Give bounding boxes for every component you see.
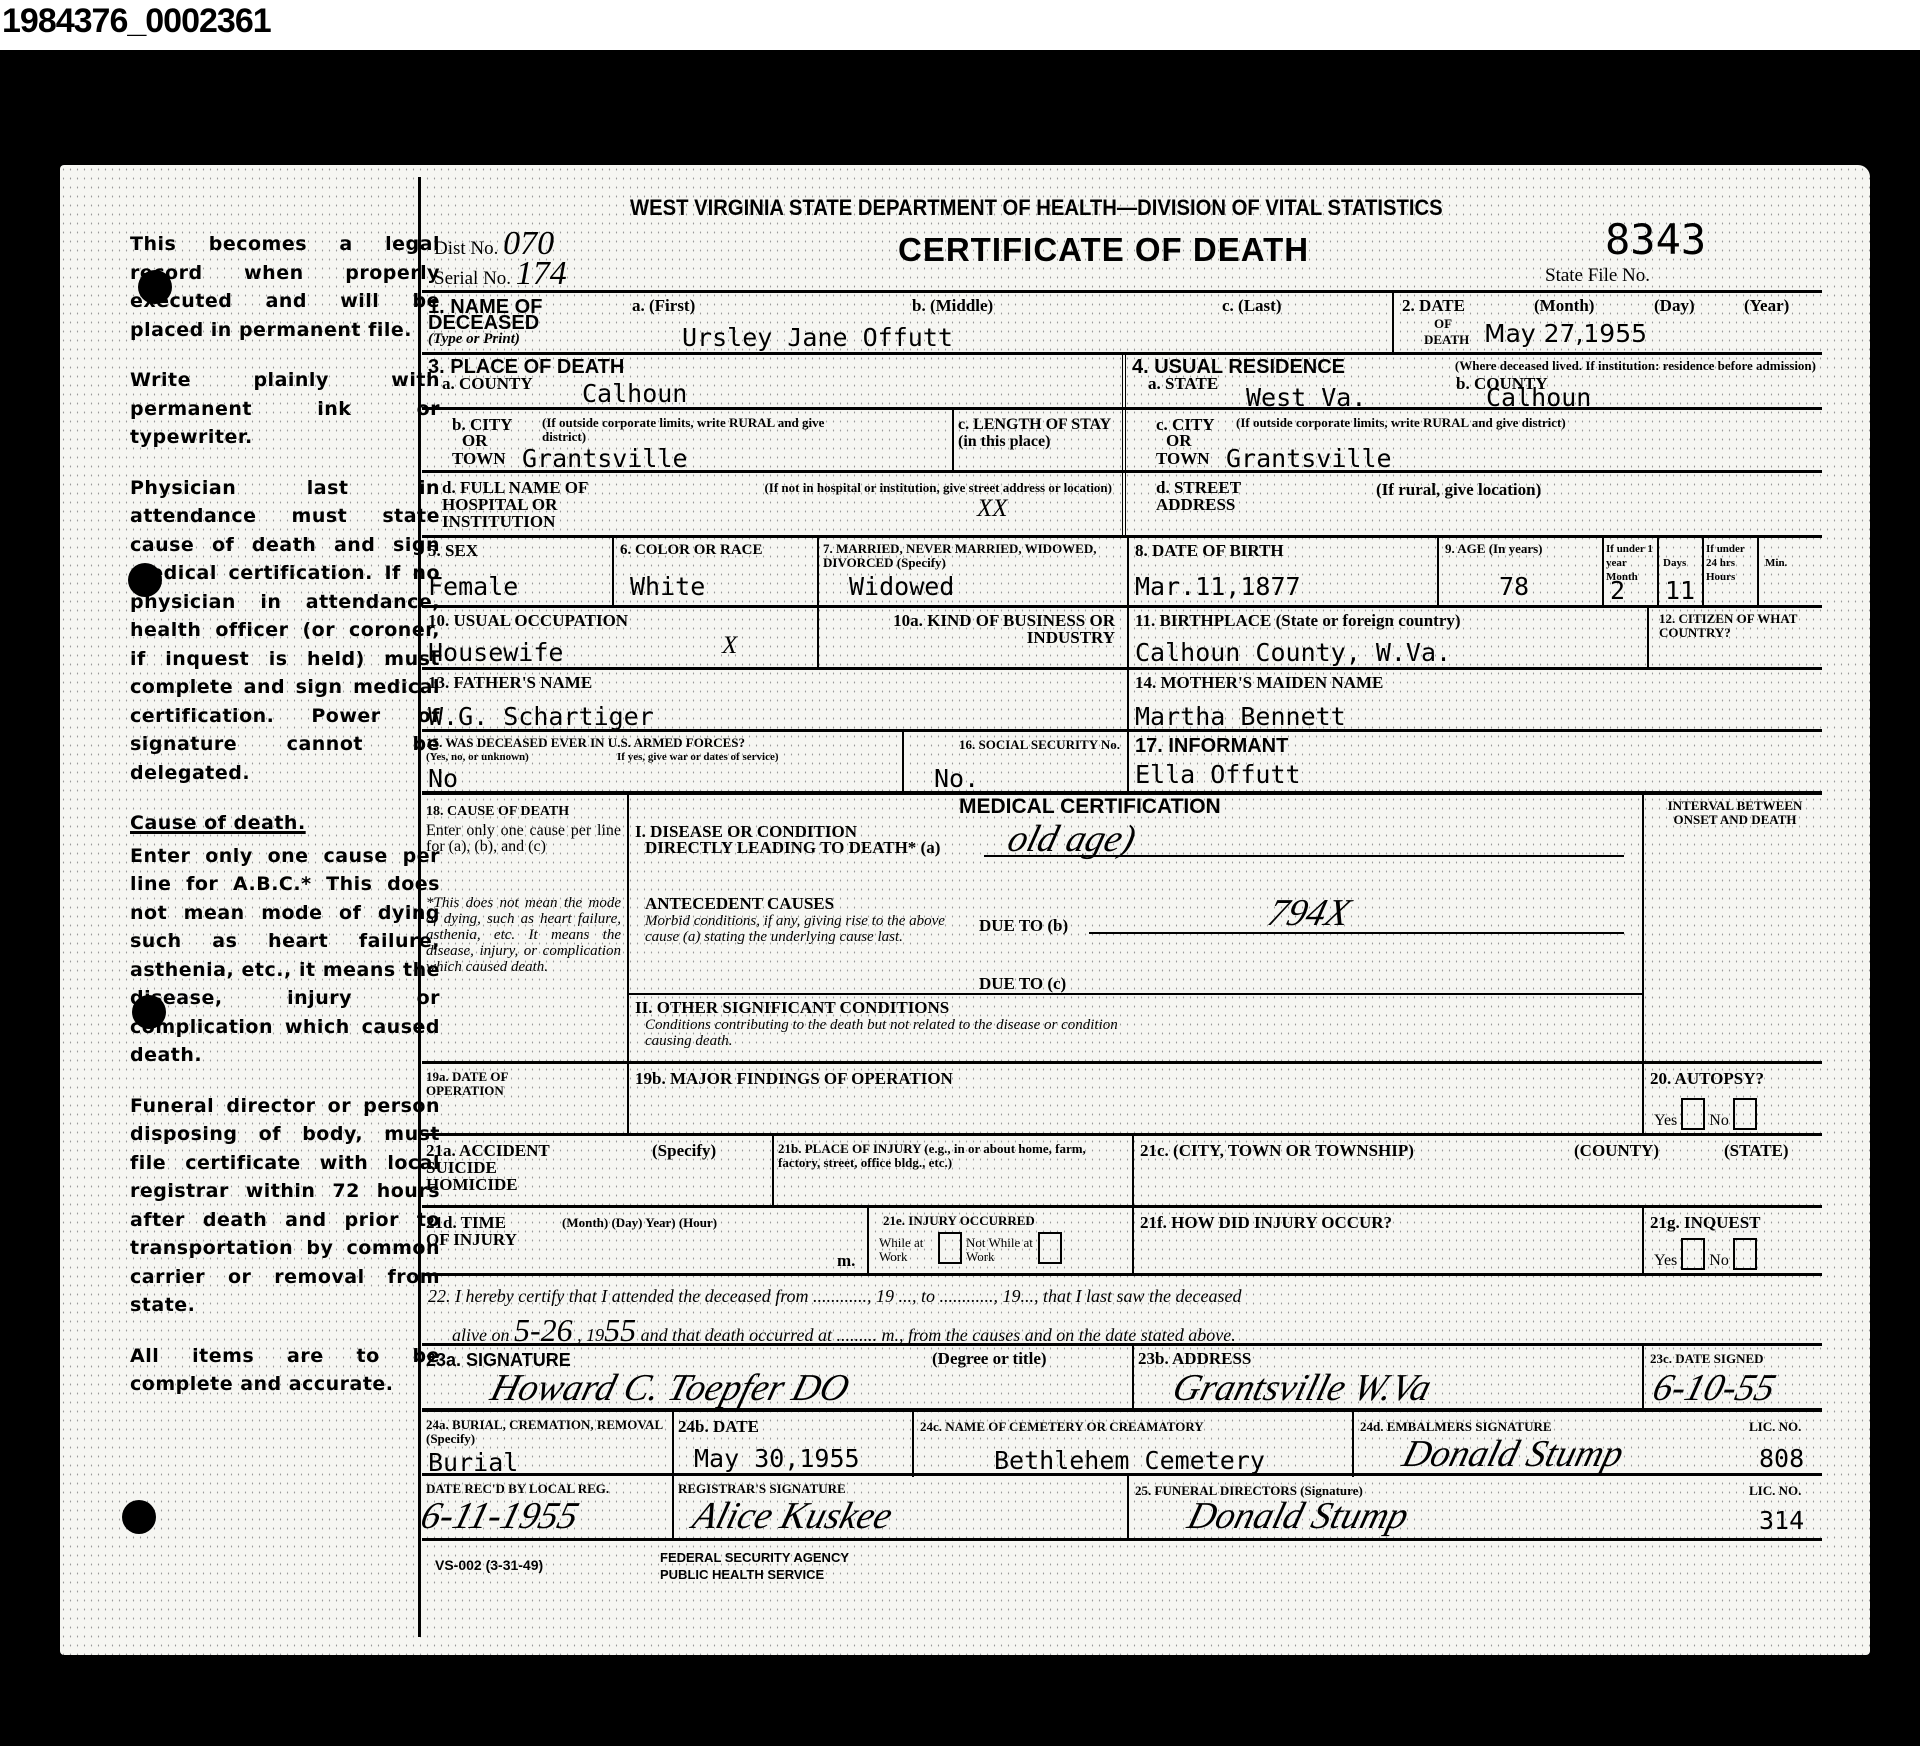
label: (Month) (Day) Year) (Hour) <box>562 1216 717 1230</box>
label: a. (First) <box>632 297 695 314</box>
divider <box>627 993 1642 995</box>
field-armed-forces: 15. WAS DECEASED EVER IN U.S. ARMED FORC… <box>422 732 902 794</box>
label: TOWN <box>1156 450 1210 467</box>
label: Enter only one cause per line for (a), (… <box>426 823 621 855</box>
label: d. FULL NAME OF HOSPITAL OR INSTITUTION <box>442 479 632 530</box>
date-received: 6-11-1955 <box>416 1494 583 1538</box>
label: (If outside corporate limits, write RURA… <box>542 416 832 444</box>
instruction-physician: Physician last in attendance must state … <box>130 474 440 788</box>
label: (COUNTY) <box>1574 1142 1659 1159</box>
field-age-min: Min. <box>1757 538 1822 608</box>
field-registrar: REGISTRAR'S SIGNATURE Alice Kuskee <box>672 1476 1127 1541</box>
row-injury-detail: 21d. TIME OF INJURY (Month) (Day) Year) … <box>422 1205 1822 1276</box>
label: 21b. PLACE OF INJURY (e.g., in or about … <box>778 1142 1128 1170</box>
top-bar: 1984376_0002361 <box>0 0 1920 50</box>
deceased-name: Ursley Jane Offutt <box>682 323 953 352</box>
certify-text: 22. I hereby certify that I attended the… <box>428 1286 1242 1307</box>
label: DUE TO (c) <box>979 975 1066 992</box>
instruction-legal: This becomes a legal record when properl… <box>130 230 440 344</box>
age-value: 78 <box>1499 572 1529 601</box>
field-industry: 10a. KIND OF BUSINESS OR INDUSTRY <box>817 608 1127 670</box>
label: 9. AGE (In years) <box>1445 542 1543 556</box>
field-informant: 17. INFORMANT Ella Offutt <box>1127 732 1822 794</box>
label: a. COUNTY <box>442 375 533 392</box>
row-name: 1. NAME OF DECEASED (Type or Print) a. (… <box>422 290 1822 355</box>
punch-hole-icon <box>128 563 162 597</box>
label: DIRECTLY LEADING TO DEATH* (a) <box>645 839 940 856</box>
field-injury-place: 21b. PLACE OF INJURY (e.g., in or about … <box>772 1136 1132 1208</box>
label: 23c. DATE SIGNED <box>1650 1352 1764 1366</box>
divider <box>418 177 421 1637</box>
race-value: White <box>630 572 705 601</box>
label: 24b. DATE <box>678 1418 759 1435</box>
label: 18. CAUSE OF DEATH <box>426 805 569 819</box>
certificate-title: CERTIFICATE OF DEATH <box>898 231 1309 269</box>
field-physician-signature: 23a. SIGNATURE (Degree or title) Howard … <box>422 1346 1132 1411</box>
row-occupation: 10. USUAL OCCUPATION Housewife X 10a. KI… <box>422 605 1822 670</box>
place-county: Calhoun <box>582 379 687 408</box>
birthplace-value: Calhoun County, W.Va. <box>1135 638 1451 667</box>
field-burial-date: 24b. DATE May 30,1955 <box>672 1412 912 1477</box>
label: (Where deceased lived. If institution: r… <box>1446 359 1816 373</box>
marital-value: Widowed <box>849 572 954 601</box>
father-value: W.G. Schartiger <box>428 702 654 731</box>
state-file-label: State File No. <box>1545 265 1650 287</box>
label: (Day) <box>1654 297 1695 314</box>
field-injury-time: 21d. TIME OF INJURY (Month) (Day) Year) … <box>422 1208 867 1276</box>
embalmer-signature: Donald Stump <box>1398 1432 1628 1476</box>
while-at-work-label: While at Work <box>879 1236 934 1264</box>
label: 13. FATHER'S NAME <box>428 674 592 691</box>
date-of-death: May 27,1955 <box>1484 319 1647 348</box>
label: If yes, give war or dates of service) <box>617 750 779 764</box>
cause-b-value: 794X <box>1263 891 1355 935</box>
cemetery-name: Bethlehem Cemetery <box>994 1446 1265 1475</box>
label: 15. WAS DECEASED EVER IN U.S. ARMED FORC… <box>426 736 745 750</box>
serial-value: 174 <box>516 255 567 292</box>
label: c. (Last) <box>1222 297 1281 314</box>
agency-title: WEST VIRGINIA STATE DEPARTMENT OF HEALTH… <box>630 195 1443 221</box>
label: LIC. NO. <box>1749 1420 1801 1434</box>
field-place-county: 3. PLACE OF DEATH a. COUNTY Calhoun <box>422 355 1122 410</box>
medical-certification: 18. CAUSE OF DEATH Enter only one cause … <box>422 791 1822 1065</box>
row-parents: 13. FATHER'S NAME W.G. Schartiger 14. MO… <box>422 667 1822 732</box>
field-injury-occurred: 21e. INJURY OCCURRED While at WorkNot Wh… <box>867 1208 1132 1276</box>
label: 19b. MAJOR FINDINGS OF OPERATION <box>635 1070 953 1087</box>
label: 2. DATE <box>1402 297 1465 314</box>
punch-hole-icon <box>132 995 166 1029</box>
field-residence: 4. USUAL RESIDENCE (Where deceased lived… <box>1122 355 1822 410</box>
field-marital: 7. MARRIED, NEVER MARRIED, WIDOWED, DIVO… <box>817 538 1127 608</box>
label: 23b. ADDRESS <box>1138 1350 1251 1367</box>
field-occupation: 10. USUAL OCCUPATION Housewife X <box>422 608 817 670</box>
label: 10. USUAL OCCUPATION <box>428 612 628 629</box>
instruction-write: Write plainly with permanent ink or type… <box>130 366 440 452</box>
label: 19a. DATE OF OPERATION <box>426 1070 566 1098</box>
yes-label: Yes <box>1654 1252 1677 1269</box>
mother-value: Martha Bennett <box>1135 702 1346 731</box>
cause-b-line <box>1089 932 1624 934</box>
row-informant: 15. WAS DECEASED EVER IN U.S. ARMED FORC… <box>422 729 1822 794</box>
label: (STATE) <box>1724 1142 1789 1159</box>
label: a. STATE <box>1148 375 1218 392</box>
occupation-value: Housewife <box>428 638 563 667</box>
row-certify: 22. I hereby certify that I attended the… <box>422 1273 1822 1346</box>
field-father: 13. FATHER'S NAME W.G. Schartiger <box>422 670 1127 732</box>
punch-hole-icon <box>138 270 172 304</box>
physician-signature: Howard C. Toepfer DO <box>486 1366 854 1410</box>
label: Morbid conditions, if any, giving rise t… <box>645 913 955 945</box>
label: 21e. INJURY OCCURRED <box>883 1214 1035 1228</box>
no-label: No <box>1709 1112 1729 1129</box>
label: LIC. NO. <box>1749 1484 1801 1498</box>
field-hospital: d. FULL NAME OF HOSPITAL OR INSTITUTION … <box>422 473 1122 538</box>
label: (Yes, no, or unknown) <box>426 750 529 764</box>
label: and that death occurred at ......... m.,… <box>641 1325 1236 1345</box>
field-injury-how: 21f. HOW DID INJURY OCCUR? <box>1132 1208 1642 1276</box>
field-dob: 8. DATE OF BIRTH Mar.11,1877 <box>1127 538 1437 608</box>
label: 17. INFORMANT <box>1135 736 1288 756</box>
inquest-no-checkbox[interactable] <box>1733 1238 1757 1270</box>
serial-label: Serial No. <box>434 268 511 289</box>
field-date-of-death: 2. DATE OF DEATH (Month) (Day) (Year) Ma… <box>1392 293 1822 355</box>
instruction-cause: Enter only one cause per line for A.B.C.… <box>130 842 440 1070</box>
label: (If rural, give location) <box>1376 481 1541 498</box>
label: (If not in hospital or institution, give… <box>632 481 1112 495</box>
field-age-months: If under 1 year Month 2 <box>1602 538 1657 608</box>
physician-address: Grantsville W.Va <box>1168 1366 1436 1410</box>
field-operation-findings: 19b. MAJOR FINDINGS OF OPERATION <box>627 1064 1642 1136</box>
label: (Degree or title) <box>932 1350 1047 1367</box>
state-file-number: 8343 <box>1605 215 1706 264</box>
label: 6. COLOR OR RACE <box>620 542 763 559</box>
label: 7. MARRIED, NEVER MARRIED, WIDOWED, DIVO… <box>823 542 1123 570</box>
label: m. <box>837 1252 855 1269</box>
age-days-value: 11 <box>1665 576 1695 605</box>
while-at-work-checkbox[interactable] <box>938 1232 962 1264</box>
row-burial: 24a. BURIAL, CREMATION, REMOVAL (Specify… <box>422 1408 1822 1477</box>
row-city: b. CITY OR TOWN (If outside corporate li… <box>422 407 1822 473</box>
serial-no: Serial No. 174 <box>434 255 567 293</box>
label: c. LENGTH OF STAY (in this place) <box>958 416 1118 450</box>
bottom-rule <box>422 1538 1822 1541</box>
field-social-security: 16. SOCIAL SECURITY No. No. <box>902 732 1127 794</box>
field-mother: 14. MOTHER'S MAIDEN NAME Martha Bennett <box>1127 670 1822 732</box>
label: Conditions contributing to the death but… <box>645 1017 1165 1049</box>
label: 16. SOCIAL SECURITY No. <box>910 738 1120 752</box>
label: 12. CITIZEN OF WHAT COUNTRY? <box>1659 612 1819 640</box>
inquest-options: YesNo <box>1654 1238 1761 1270</box>
cause-a-value: old age) <box>1003 817 1140 861</box>
footer-agency-1: FEDERAL SECURITY AGENCY <box>660 1550 849 1565</box>
cause-fields: MEDICAL CERTIFICATION I. DISEASE OR COND… <box>627 795 1642 1065</box>
footer-agency-2: PUBLIC HEALTH SERVICE <box>660 1567 824 1582</box>
form-number: VS-002 (3-31-49) <box>435 1557 543 1573</box>
label: 21a. ACCIDENT SUICIDE HOMICIDE <box>426 1142 566 1193</box>
label: OR <box>1166 432 1192 449</box>
hospital-value: XX <box>977 495 1008 523</box>
label: 24c. NAME OF CEMETERY OR CREAMATORY <box>920 1420 1204 1434</box>
autopsy-options: YesNo <box>1654 1098 1761 1130</box>
embalmer-license: 808 <box>1759 1444 1804 1473</box>
section-title: MEDICAL CERTIFICATION <box>959 797 1221 817</box>
funeral-director-signature: Donald Stump <box>1183 1494 1413 1538</box>
row-place: 3. PLACE OF DEATH a. COUNTY Calhoun 4. U… <box>422 352 1822 410</box>
label: DUE TO (b) <box>979 917 1068 934</box>
death-certificate: This becomes a legal record when properl… <box>60 165 1870 1655</box>
label: 21d. TIME OF INJURY <box>426 1214 526 1248</box>
label: 8. DATE OF BIRTH <box>1135 542 1284 559</box>
label: (Year) <box>1744 297 1789 314</box>
label: 5. SEX <box>428 542 478 559</box>
funeral-director-license: 314 <box>1759 1506 1804 1535</box>
label: 24a. BURIAL, CREMATION, REMOVAL (Specify… <box>426 1418 666 1446</box>
dob-value: Mar.11,1877 <box>1135 572 1301 601</box>
label: INTERVAL BETWEEN ONSET AND DEATH <box>1650 799 1820 827</box>
field-citizen: 12. CITIZEN OF WHAT COUNTRY? <box>1647 608 1822 670</box>
label: 14. MOTHER'S MAIDEN NAME <box>1135 674 1383 691</box>
label: , 19 <box>577 1325 604 1345</box>
injury-occurred-options: While at WorkNot While at Work <box>879 1232 1119 1264</box>
field-embalmer: 24d. EMBALMERS SIGNATURE LIC. NO. Donald… <box>1352 1412 1822 1477</box>
field-name: 1. NAME OF DECEASED (Type or Print) a. (… <box>422 293 1392 355</box>
label: TOWN <box>452 450 506 467</box>
occupation-mark: X <box>722 632 737 660</box>
burial-date: May 30,1955 <box>694 1444 860 1473</box>
informant-value: Ella Offutt <box>1135 760 1301 789</box>
field-date-received: DATE REC'D BY LOCAL REG. 6-11-1955 <box>422 1476 672 1541</box>
label: b. (Middle) <box>912 297 993 314</box>
row-signature: 23a. SIGNATURE (Degree or title) Howard … <box>422 1343 1822 1411</box>
field-age: 9. AGE (In years) 78 <box>1437 538 1602 608</box>
label: (Month) <box>1534 297 1594 314</box>
label: II. OTHER SIGNIFICANT CONDITIONS <box>635 999 949 1016</box>
field-street: d. STREET ADDRESS (If rural, give locati… <box>1122 473 1822 538</box>
row-personal: 5. SEX Female 6. COLOR OR RACE White 7. … <box>422 535 1822 608</box>
field-race: 6. COLOR OR RACE White <box>612 538 817 608</box>
not-while-at-work-label: Not While at Work <box>966 1236 1034 1264</box>
label: DEATH <box>1424 331 1469 348</box>
no-label: No <box>1709 1252 1729 1269</box>
document-id: 1984376_0002361 <box>2 2 271 41</box>
armed-forces-value: No <box>428 764 458 793</box>
label: (Specify) <box>652 1142 716 1159</box>
label: (If outside corporate limits, write RURA… <box>1236 416 1566 430</box>
field-disposition: 24a. BURIAL, CREMATION, REMOVAL (Specify… <box>422 1412 672 1477</box>
label: OR <box>462 432 488 449</box>
label: OF <box>1434 315 1452 332</box>
field-accident: 21a. ACCIDENT SUICIDE HOMICIDE (Specify) <box>422 1136 772 1208</box>
label: Min. <box>1765 556 1787 570</box>
row-operation: 19a. DATE OF OPERATION 19b. MAJOR FINDIN… <box>422 1061 1822 1136</box>
field-date-signed: 23c. DATE SIGNED 6-10-55 <box>1642 1346 1822 1411</box>
row-hospital: d. FULL NAME OF HOSPITAL OR INSTITUTION … <box>422 470 1822 538</box>
cause-instructions: 18. CAUSE OF DEATH Enter only one cause … <box>422 795 627 1065</box>
field-residence-city: c. CITY OR TOWN (If outside corporate li… <box>1122 410 1822 473</box>
instruction-complete: All items are to be complete and accurat… <box>130 1342 440 1399</box>
instruction-cause-heading: Cause of death. <box>130 809 440 838</box>
date-signed: 6-10-55 <box>1648 1366 1780 1410</box>
label: If under 24 hrs Hours <box>1706 542 1758 584</box>
punch-hole-icon <box>122 1500 156 1534</box>
field-place-city: b. CITY OR TOWN (If outside corporate li… <box>422 410 952 473</box>
autopsy-no-checkbox[interactable] <box>1733 1098 1757 1130</box>
label: Days <box>1663 556 1686 570</box>
field-funeral-director: 25. FUNERAL DIRECTORS (Signature) LIC. N… <box>1127 1476 1822 1541</box>
label: *This does not mean the mode of dying, s… <box>426 895 621 975</box>
field-age-days: Days 11 <box>1657 538 1702 608</box>
field-sex: 5. SEX Female <box>422 538 612 608</box>
not-while-at-work-checkbox[interactable] <box>1038 1232 1062 1264</box>
instructions-sidebar: This becomes a legal record when properl… <box>130 230 440 1421</box>
yes-label: Yes <box>1654 1112 1677 1129</box>
age-months-value: 2 <box>1610 576 1625 605</box>
interval-column: INTERVAL BETWEEN ONSET AND DEATH <box>1642 795 1822 1065</box>
label: 10a. KIND OF BUSINESS OR INDUSTRY <box>825 612 1115 646</box>
field-physician-address: 23b. ADDRESS Grantsville W.Va <box>1132 1346 1642 1411</box>
sex-value: Female <box>428 572 518 601</box>
row-registrar: DATE REC'D BY LOCAL REG. 6-11-1955 REGIS… <box>422 1473 1822 1541</box>
residence-city: Grantsville <box>1226 444 1392 473</box>
field-injury-location: 21c. (CITY, TOWN OR TOWNSHIP) (COUNTY) (… <box>1132 1136 1822 1208</box>
row-injury-type: 21a. ACCIDENT SUICIDE HOMICIDE (Specify)… <box>422 1133 1822 1208</box>
label: 21c. (CITY, TOWN OR TOWNSHIP) <box>1140 1142 1414 1159</box>
field-operation-date: 19a. DATE OF OPERATION <box>422 1064 627 1136</box>
field-birthplace: 11. BIRTHPLACE (State or foreign country… <box>1127 608 1647 670</box>
label: alive on <box>452 1325 509 1345</box>
social-security-value: No. <box>934 764 979 793</box>
label: 21g. INQUEST <box>1650 1214 1761 1231</box>
instruction-funeral: Funeral director or person disposing of … <box>130 1092 440 1320</box>
field-inquest: 21g. INQUEST YesNo <box>1642 1208 1822 1276</box>
label: 21f. HOW DID INJURY OCCUR? <box>1140 1214 1392 1231</box>
field-autopsy: 20. AUTOPSY? YesNo <box>1642 1064 1822 1136</box>
label: 11. BIRTHPLACE (State or foreign country… <box>1135 612 1461 629</box>
field-cemetery: 24c. NAME OF CEMETERY OR CREAMATORY Beth… <box>912 1412 1352 1477</box>
place-city: Grantsville <box>522 444 688 473</box>
registrar-signature: Alice Kuskee <box>688 1494 897 1538</box>
field-length-of-stay: c. LENGTH OF STAY (in this place) <box>952 410 1122 473</box>
label: ANTECEDENT CAUSES <box>645 895 834 912</box>
label: d. STREET ADDRESS <box>1156 479 1266 513</box>
inquest-yes-checkbox[interactable] <box>1681 1238 1705 1270</box>
label: 20. AUTOPSY? <box>1650 1070 1764 1087</box>
field-age-hours: If under 24 hrs Hours <box>1702 538 1757 608</box>
autopsy-yes-checkbox[interactable] <box>1681 1098 1705 1130</box>
label: DECEASED <box>428 313 539 333</box>
label: (Type or Print) <box>428 331 520 348</box>
